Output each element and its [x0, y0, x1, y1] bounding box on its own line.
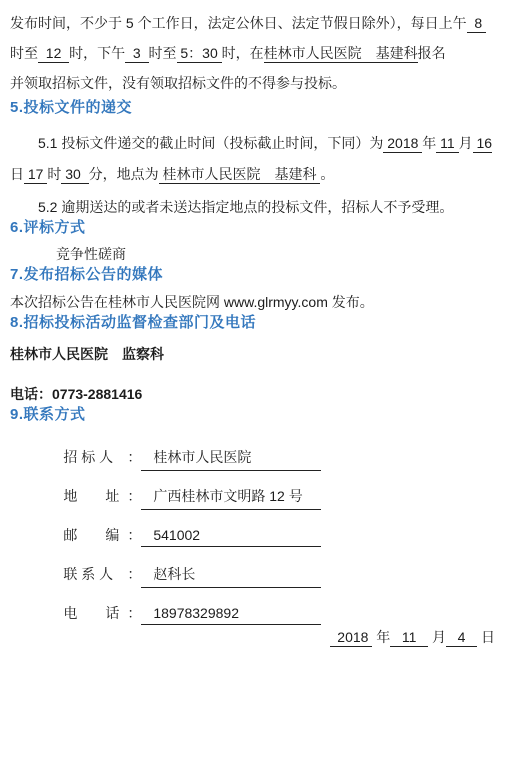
- section8-department: 桂林市人民医院 监察科: [10, 343, 513, 365]
- contact-row-tenderer: 招 标 人：桂林市人民医院: [10, 431, 513, 454]
- address-value: 广西桂林市文明路 12 号: [141, 486, 321, 510]
- phone-value: 18978329892: [141, 605, 321, 625]
- text-run: 时至: [149, 45, 177, 61]
- colon: ：: [127, 525, 141, 545]
- text-run: 发布时间，不少于 5 个工作日，法定公休日、法定节假日除外），每日上午: [10, 15, 467, 31]
- contact-row-address: 地 址：广西桂林市文明路 12 号: [10, 470, 513, 493]
- filled-blank: 16: [473, 135, 492, 153]
- section5-para1: 5.1 投标文件递交的截止时间（投标截止时间，下同）为 2018 年 11 月 …: [10, 128, 513, 190]
- text-run: 时，下午: [69, 45, 125, 61]
- contact-person-label: 联 系 人: [63, 564, 127, 584]
- postcode-value: 541002: [141, 527, 321, 547]
- text-run: 报名: [418, 45, 446, 61]
- filled-blank: 2018: [383, 135, 422, 153]
- text-run: 时，在: [222, 45, 264, 61]
- section5-heading: 5.投标文件的递交: [10, 98, 513, 118]
- section8-phone: 电话：0773-2881416: [10, 383, 513, 405]
- intro-line-2: 时至 12 时，下午 3 时至 5：30 时，在桂林市人民医院 基建科报名: [10, 38, 513, 68]
- filled-blank: 5：30: [177, 45, 222, 63]
- section8-heading: 8.招标投标活动监督检查部门及电话: [10, 313, 513, 333]
- text-run: 时至: [10, 45, 38, 61]
- text-run: 月: [459, 135, 473, 151]
- phone-label: 电 话: [63, 603, 127, 623]
- text-run: 。: [320, 166, 334, 182]
- contact-row-phone: 电 话：18978329892: [10, 587, 513, 610]
- text-run: 5.1 投标文件递交的截止时间（投标截止时间，下同）为: [38, 135, 383, 151]
- document-page: 发布时间，不少于 5 个工作日，法定公休日、法定节假日除外），每日上午 8 时至…: [0, 0, 523, 780]
- section5-para1-line1: 5.1 投标文件递交的截止时间（投标截止时间，下同）为 2018 年 11 月 …: [10, 128, 513, 159]
- filled-blank: 30: [61, 166, 88, 184]
- signature-date: 2018 年 11 月 4 日: [10, 626, 513, 648]
- contact-person-value: 赵科长: [141, 564, 321, 588]
- filled-blank: 3: [125, 45, 148, 63]
- text-run: 时: [47, 166, 61, 182]
- colon: ：: [127, 603, 141, 623]
- filled-blank: 11: [436, 135, 458, 153]
- filled-blank: 4: [446, 629, 477, 647]
- text-run: 年: [372, 629, 390, 645]
- address-label: 地 址: [63, 486, 127, 506]
- section7-heading: 7.发布招标公告的媒体: [10, 265, 513, 285]
- filled-blank: 17: [24, 166, 47, 184]
- colon: ：: [127, 564, 141, 584]
- colon: ：: [127, 486, 141, 506]
- filled-blank: 桂林市人民医院 基建科: [159, 166, 321, 184]
- section7-body: 本次招标公告在桂林市人民医院网 www.glrmyy.com 发布。: [10, 291, 513, 313]
- filled-blank: 8: [467, 15, 486, 33]
- text-run: 日: [10, 166, 24, 182]
- section5-para2: 5.2 逾期送达的或者未送达指定地点的投标文件，招标人不予受理。: [10, 196, 513, 218]
- section6-body: 竞争性磋商: [10, 243, 513, 265]
- text-run: 月: [428, 629, 446, 645]
- text-run: 分，地点为: [89, 166, 159, 182]
- text-run: 日: [477, 629, 495, 645]
- contact-block: 招 标 人：桂林市人民医院 地 址：广西桂林市文明路 12 号 邮 编：5410…: [10, 431, 513, 610]
- colon: ：: [127, 447, 141, 467]
- filled-blank: 桂林市人民医院 基建科: [264, 45, 418, 63]
- intro-line-1: 发布时间，不少于 5 个工作日，法定公休日、法定节假日除外），每日上午 8: [10, 8, 513, 38]
- section6-heading: 6.评标方式: [10, 218, 513, 238]
- section5-para1-line2: 日 17 时 30 分，地点为 桂林市人民医院 基建科 。: [10, 159, 513, 190]
- text-run: 并领取招标文件，没有领取招标文件的不得参与投标。: [10, 75, 346, 91]
- text-run: 年: [422, 135, 436, 151]
- postcode-label: 邮 编: [63, 525, 127, 545]
- tenderer-label: 招 标 人: [63, 447, 127, 467]
- contact-row-person: 联 系 人：赵科长: [10, 548, 513, 571]
- intro-paragraph: 发布时间，不少于 5 个工作日，法定公休日、法定节假日除外），每日上午 8 时至…: [10, 8, 513, 98]
- tenderer-value: 桂林市人民医院: [141, 447, 321, 471]
- section9-heading: 9.联系方式: [10, 405, 513, 425]
- contact-row-postcode: 邮 编：541002: [10, 509, 513, 532]
- filled-blank: 11: [390, 629, 428, 647]
- filled-blank: 12: [38, 45, 69, 63]
- filled-blank: 2018: [330, 629, 373, 647]
- intro-line-3: 并领取招标文件，没有领取招标文件的不得参与投标。: [10, 68, 513, 98]
